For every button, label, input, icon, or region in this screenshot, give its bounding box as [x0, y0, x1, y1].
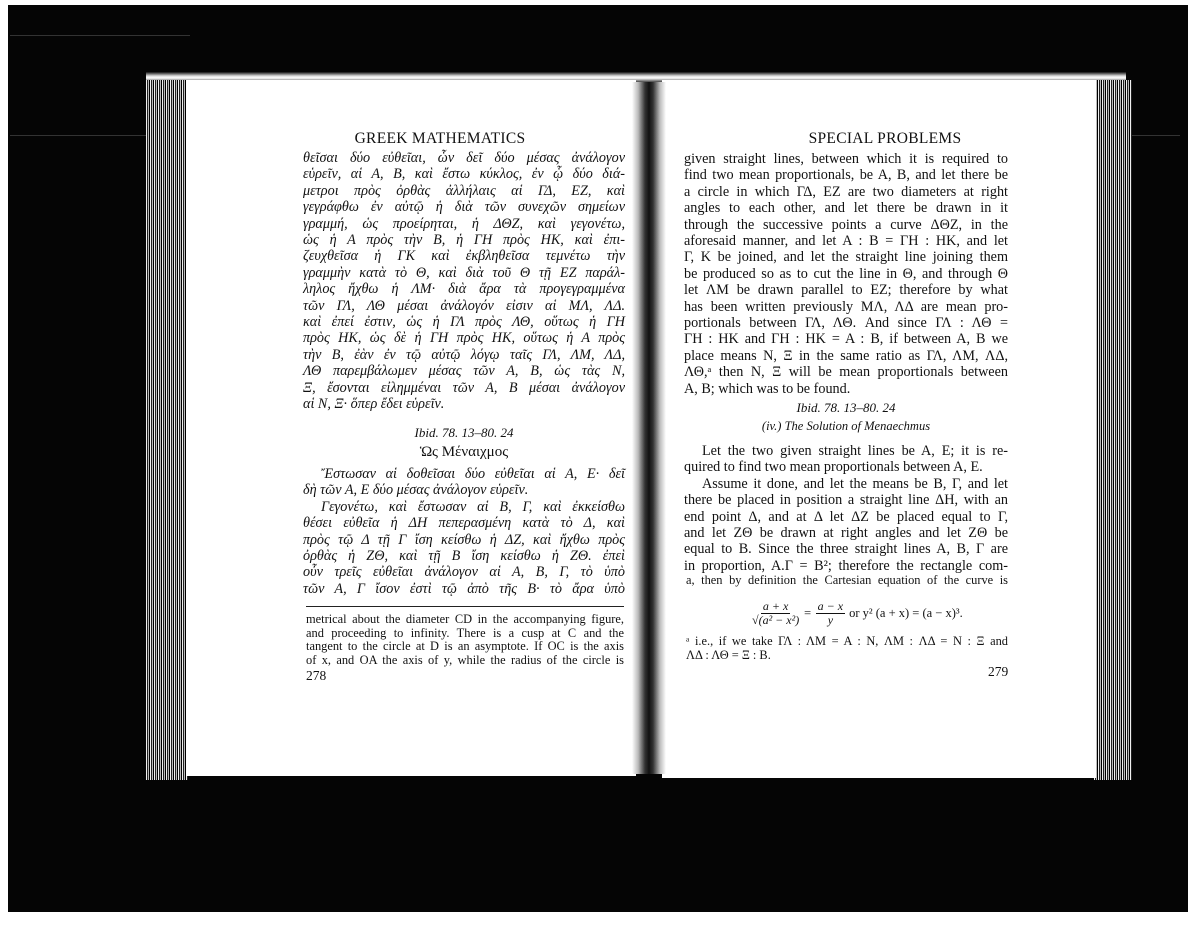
text-line: τὴν Β, ἐὰν ἐν τῷ αὐτῷ λόγῳ ταῖς ΓΛ, ΛΜ, …: [303, 347, 625, 363]
scan-streak: [10, 135, 150, 136]
text-line: end point Δ, and at Δ let ΔZ be placed e…: [684, 509, 1008, 525]
text-line: μετροι πρὸς ὀρθὰς ἀλλήλαις αἱ ΓΔ, ΕΖ, κα…: [303, 183, 625, 199]
fraction: a − x y: [816, 600, 845, 627]
text-line: πρὸς ΗΚ, ὡς δὲ ἡ ΓΗ πρὸς ΗΚ, οὕτως ἡ Α π…: [303, 330, 625, 346]
text-line: equal to B. Since the three straight lin…: [684, 541, 1008, 557]
text-line: angles to each other, and let there be d…: [684, 200, 1008, 216]
page-number-278: 278: [306, 668, 326, 684]
text-line: γραμμὴν κατὰ τὸ Θ, καὶ διὰ τοῦ Θ τῇ ΕΖ π…: [303, 265, 625, 281]
text-line: there be placed in position a straight l…: [684, 492, 1008, 508]
text-line: be produced so as to cut the line in Θ, …: [684, 266, 1008, 282]
text-line: Ξ, ἔσονται εἰλημμέναι τῶν Α, Β μέσαι ἀνά…: [303, 380, 625, 396]
text-line: γραμμή, ὡς προείρηται, ἡ ΔΘΖ, καὶ γεγονέ…: [303, 216, 625, 232]
text-line: Let the two given straight lines be A, E…: [684, 443, 1008, 459]
text-line: given straight lines, between which it i…: [684, 151, 1008, 167]
text-line: ΓH : HK and ΓH : HK = A : B, if between …: [684, 331, 1008, 347]
text-line: Ἔστωσαν αἱ δοθεῖσαι δύο εὐθεῖαι αἱ Α, Ε·…: [303, 466, 625, 482]
text-line: καὶ ἐπεί ἐστιν, ὡς ἡ ΓΛ πρὸς ΛΘ, οὕτως ἡ…: [303, 314, 625, 330]
text-line: aforesaid manner, and let A : B = ΓH : H…: [684, 233, 1008, 249]
page-number-279: 279: [988, 664, 1008, 680]
text-line: and let ZΘ be drawn at right angles and …: [684, 525, 1008, 541]
text-line: a circle in which ΓΔ, EZ are two diamete…: [684, 184, 1008, 200]
left-footnote: metrical about the diameter CD in the ac…: [306, 613, 624, 667]
text-line: A, B; which was to be found.: [684, 381, 1008, 397]
text-line: ΛΘ παρεμβάλωμεν μέσας τῶν Α, Β, ὡς τὰς Ν…: [303, 363, 625, 379]
text-line: quired to find two mean proportionals be…: [684, 459, 1008, 475]
text-line: find two mean proportionals, be A, B, an…: [684, 167, 1008, 183]
left-section-title: Ὡς Μέναιχμος: [303, 444, 625, 461]
text-line: τῶν Α, Γ ἴσον ἐστὶ τῷ ἀπὸ τῆς Β· τὸ ἄρα …: [303, 581, 625, 597]
text-line: portionals between ΓΛ, ΛΘ. And since ΓΛ …: [684, 315, 1008, 331]
right-running-head: SPECIAL PROBLEMS: [735, 130, 1035, 148]
left-greek-para-1: θεῖσαι δύο εὐθεῖαι, ὧν δεῖ δύο μέσας ἀνά…: [303, 150, 625, 413]
left-reference: Ibid. 78. 13–80. 24: [303, 425, 625, 441]
right-page-stack: [1094, 80, 1132, 780]
text-line: and proceeding to infinity. There is a c…: [306, 627, 624, 641]
right-footnote-intro: a, then by definition the Cartesian equa…: [686, 574, 1008, 588]
right-reference: Ibid. 78. 13–80. 24: [684, 400, 1008, 416]
text-line: οὖν τρεῖς εὐθεῖαι ἀνάλογον αἱ Α, Β, Γ, τ…: [303, 564, 625, 580]
text-line: tangent to the circle at D is an asympto…: [306, 640, 624, 654]
text-line: τῶν ΓΛ, ΛΘ μέσαι ἀνάλογόν εἰσιν αἱ ΜΛ, Λ…: [303, 298, 625, 314]
cartesian-equation: a + x √(a² − x²) = a − x y or y² (a + x)…: [752, 600, 963, 627]
text-line: has been written previously MΛ, ΛΔ are m…: [684, 299, 1008, 315]
text-line: ΛΔ : ΛΘ = Ξ : B.: [686, 649, 1008, 663]
text-line: metrical about the diameter CD in the ac…: [306, 613, 624, 627]
text-line: ΛΘ,ᵃ then N, Ξ will be mean proportional…: [684, 364, 1008, 380]
left-greek-para-2: Ἔστωσαν αἱ δοθεῖσαι δύο εὐθεῖαι αἱ Α, Ε·…: [303, 466, 625, 597]
scan-streak: [10, 35, 190, 36]
text-line: Γ, K be joined, and let the straight lin…: [684, 249, 1008, 265]
book-gutter: [632, 82, 666, 774]
text-line: of x, and OA the axis of y, while the ra…: [306, 654, 624, 668]
text-line: πρὸς τῷ Δ τῇ Γ ἴση κείσθω ἡ ΔΖ, καὶ ἤχθω…: [303, 532, 625, 548]
text-line: through the successive points a curve ΔΘ…: [684, 217, 1008, 233]
left-page-stack: [146, 80, 188, 780]
text-line: Γεγονέτω, καὶ ἔστωσαν αἱ Β, Γ, καὶ ἐκκεί…: [303, 499, 625, 515]
right-footnote-a: ᵃ i.e., if we take ΓΛ : ΛM = A : N, ΛM :…: [686, 635, 1008, 662]
text-line: γεγράφθω ἐν αὐτῷ ἡ διὰ τῶν συνεχῶν σημεί…: [303, 199, 625, 215]
left-running-head: GREEK MATHEMATICS: [290, 130, 590, 148]
text-line: in proportion, A.Γ = B²; therefore the r…: [684, 558, 1008, 574]
text-line: let ΛM be drawn parallel to EZ; therefor…: [684, 282, 1008, 298]
fraction: a + x √(a² − x²): [752, 600, 799, 627]
right-section-title: (iv.) The Solution of Menaechmus: [684, 419, 1008, 434]
text-line: θεῖσαι δύο εὐθεῖαι, ὧν δεῖ δύο μέσας ἀνά…: [303, 150, 625, 166]
text-line: ᵃ i.e., if we take ΓΛ : ΛM = A : N, ΛM :…: [686, 635, 1008, 649]
text-line: δὴ τῶν Α, Ε δύο μέσας ἀνάλογον εὑρεῖν.: [303, 482, 625, 498]
text-line: αἱ Ν, Ξ· ὅπερ ἔδει εὑρεῖν.: [303, 396, 625, 412]
text-line: ζευχθεῖσα ἡ ΓΚ καὶ ἐκβληθεῖσα τεμνέτω τὴ…: [303, 248, 625, 264]
text-line: a, then by definition the Cartesian equa…: [686, 574, 1008, 588]
text-line: θέσει εὐθεῖα ἡ ΔΗ πεπερασμένη κατὰ τὸ Δ,…: [303, 515, 625, 531]
footnote-rule: [306, 606, 624, 607]
text-line: ὡς ἡ Α πρὸς τὴν Β, ἡ ΓΗ πρὸς ΗΚ, καὶ ἐπι…: [303, 232, 625, 248]
text-line: ληλος ἤχθω ἡ ΛΜ· διὰ ἄρα τὰ προγεγραμμέν…: [303, 281, 625, 297]
text-line: εὑρεῖν, αἱ Α, Β, καὶ ἔστω κύκλος, ἐν ᾧ δ…: [303, 166, 625, 182]
text-line: Assume it done, and let the means be B, …: [684, 476, 1008, 492]
right-para-2: Let the two given straight lines be A, E…: [684, 443, 1008, 574]
right-para-1: given straight lines, between which it i…: [684, 151, 1008, 397]
text-line: ὀρθὰς ἡ ΖΘ, καὶ τῇ Β ἴση κείσθω ἡ ΖΘ. ἐπ…: [303, 548, 625, 564]
text-line: place means N, Ξ in the same ratio as ΓΛ…: [684, 348, 1008, 364]
